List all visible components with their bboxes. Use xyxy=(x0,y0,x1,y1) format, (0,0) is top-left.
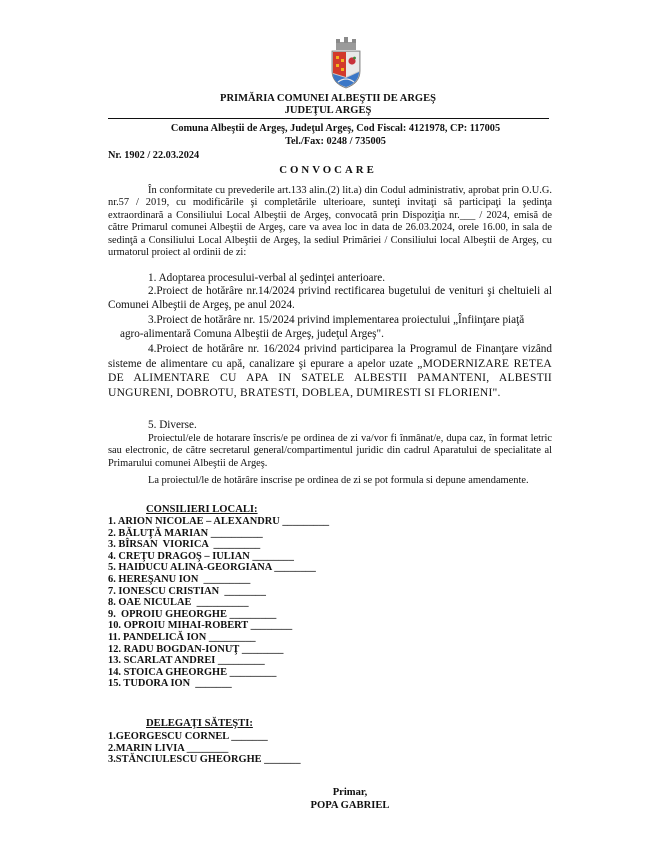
list-item: 5. HAIDUCU ALINA-GEORGIANA ________ xyxy=(108,562,329,574)
delegates-heading: DELEGAŢI SĂTEŞTI: xyxy=(146,718,253,729)
list-item: 3.STĂNCIULESCU GHEORGHE _______ xyxy=(108,754,301,766)
signature-role: Primar, xyxy=(280,787,420,798)
list-item: 7. IONESCU CRISTIAN ________ xyxy=(108,586,329,598)
list-item: 11. PANDELICĂ ION _________ xyxy=(108,632,329,644)
list-item: 1.GEORGESCU CORNEL _______ xyxy=(108,731,301,743)
agenda-item-3-line2: agro-alimentară Comuna Albeştii de Argeş… xyxy=(108,328,552,342)
header-divider xyxy=(108,118,549,119)
agenda-item-5: 5. Diverse. xyxy=(108,419,552,431)
councillors-list: 1. ARION NICOLAE – ALEXANDRU _________ 2… xyxy=(108,516,329,690)
intro-paragraph: În conformitate cu prevederile art.133 a… xyxy=(108,185,552,259)
agenda-item-3-line1: 3.Proiect de hotărâre nr. 15/2024 privin… xyxy=(148,314,524,326)
agenda-item-4: 4.Proiect de hotărâre nr. 16/2024 privin… xyxy=(108,343,552,400)
list-item: 9. OPROIU GHEORGHE _________ xyxy=(108,609,329,621)
note-paragraph: Proiectul/ele de hotarare înscris/e pe o… xyxy=(108,433,552,470)
delegates-list: 1.GEORGESCU CORNEL _______ 2.MARIN LIVIA… xyxy=(108,731,301,766)
county-name: JUDEŢUL ARGEŞ xyxy=(108,104,548,117)
signature-name: POPA GABRIEL xyxy=(280,800,420,811)
agenda-item-3: 3.Proiect de hotărâre nr. 15/2024 privin… xyxy=(108,314,552,341)
document-number: Nr. 1902 / 22.03.2024 xyxy=(108,150,199,161)
document-title: CONVOCARE xyxy=(108,164,548,176)
list-item: 15. TUDORA ION _______ xyxy=(108,678,329,690)
list-item: 1. ARION NICOLAE – ALEXANDRU _________ xyxy=(108,516,329,528)
list-item: 10. OPROIU MIHAI-ROBERT ________ xyxy=(108,620,329,632)
list-item: 2.MARIN LIVIA ________ xyxy=(108,743,301,755)
list-item: 2. BĂLUŢĂ MARIAN __________ xyxy=(108,528,329,540)
coat-of-arms-icon xyxy=(329,37,363,89)
list-item: 13. SCARLAT ANDREI _________ xyxy=(108,655,329,667)
councillors-heading: CONSILIERI LOCALI: xyxy=(146,504,258,515)
list-item: 8. OAE NICULAE __________ xyxy=(108,597,329,609)
list-item: 3. BÎRSAN VIORICA _________ xyxy=(108,539,329,551)
list-item: 14. STOICA GHEORGHE _________ xyxy=(108,667,329,679)
agenda-item-2: 2.Proiect de hotărâre nr.14/2024 privind… xyxy=(108,285,552,312)
list-item: 12. RADU BOGDAN-IONUŢ ________ xyxy=(108,644,329,656)
amendments-paragraph: La proiectul/le de hotărâre inscrise pe … xyxy=(108,475,552,487)
address-line: Comuna Albeştii de Argeş, Judeţul Argeş,… xyxy=(108,122,563,135)
phone-line: Tel./Fax: 0248 / 735005 xyxy=(108,135,563,148)
agenda-item-1: 1. Adoptarea procesului-verbal al şedinţ… xyxy=(108,272,552,284)
list-item: 6. HEREŞANU ION _________ xyxy=(108,574,329,586)
list-item: 4. CREŢU DRAGOŞ – IULIAN ________ xyxy=(108,551,329,563)
